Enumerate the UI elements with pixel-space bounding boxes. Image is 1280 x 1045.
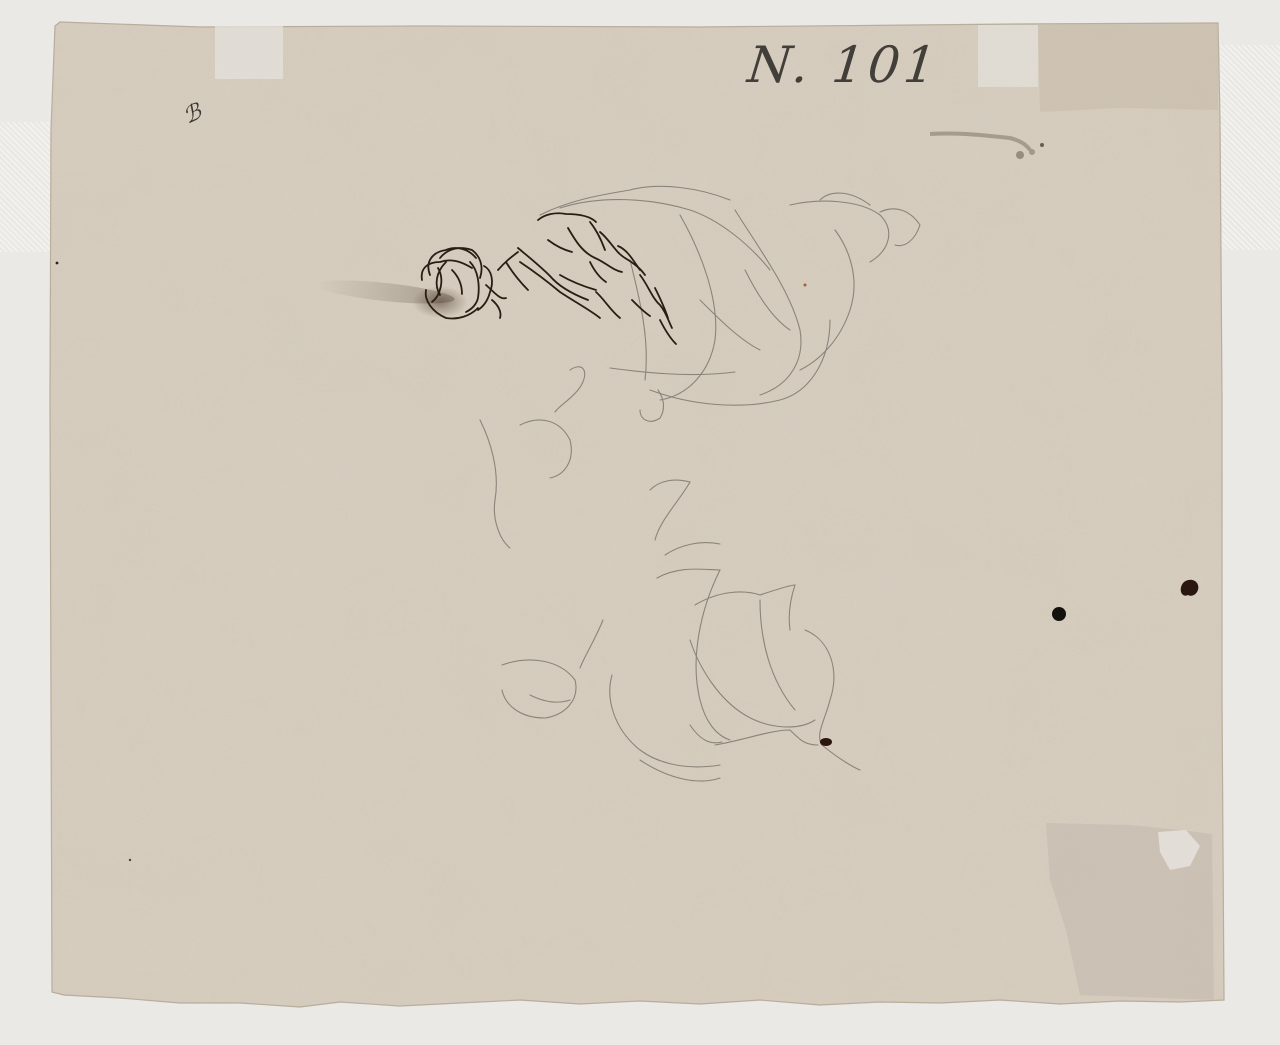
photo-stage: N. 101 ℬ xyxy=(0,0,1280,1045)
artwork xyxy=(0,0,1280,1045)
stain-top-right xyxy=(1038,24,1218,112)
tape-residue-right xyxy=(978,25,1038,87)
tape-residue-left xyxy=(215,26,283,79)
paper-sheet xyxy=(50,22,1224,1007)
